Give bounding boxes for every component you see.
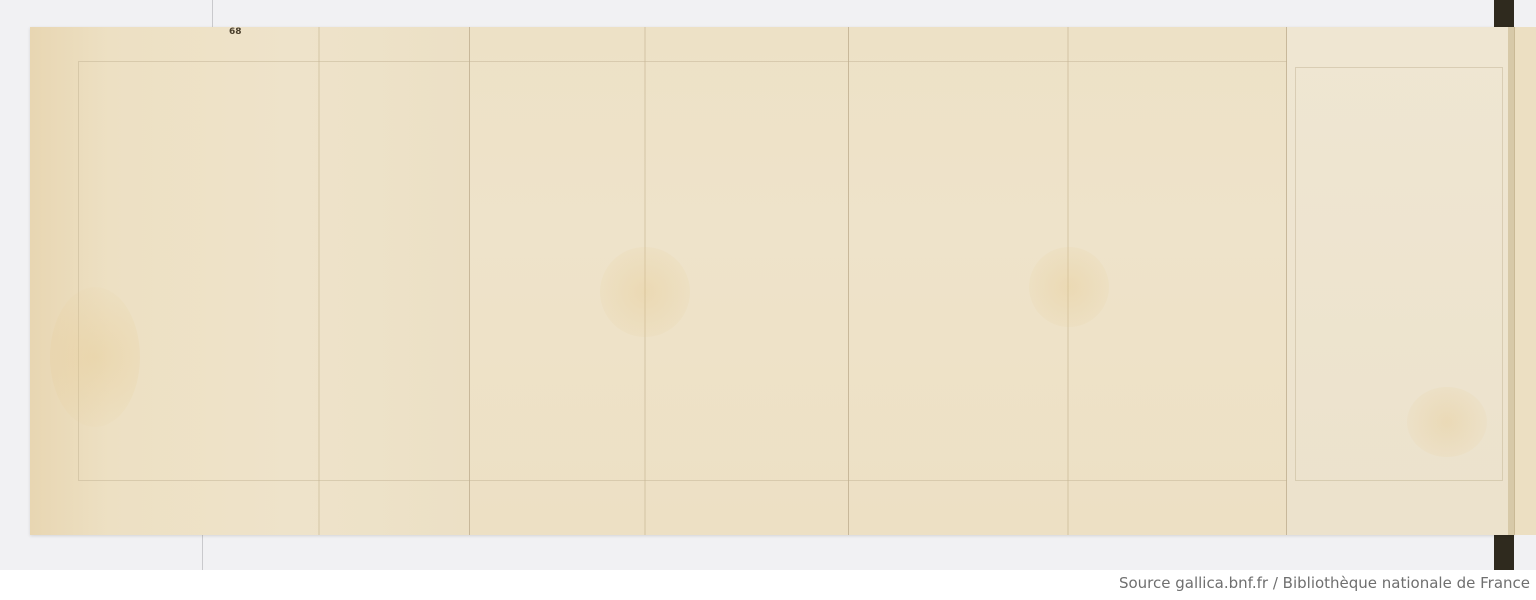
sheet-panel-4	[1287, 27, 1514, 535]
sheet-panel-2	[470, 27, 849, 535]
paper-stain	[1407, 387, 1487, 457]
ink-mark: 68	[229, 28, 243, 36]
sheet-panel-1	[30, 27, 470, 535]
plate-mark	[78, 61, 472, 481]
paper-stain	[1029, 247, 1109, 327]
folded-sheet	[30, 27, 1514, 535]
scan-guide-line	[202, 535, 203, 570]
scan-guide-line	[212, 0, 213, 28]
source-credit: Source gallica.bnf.fr / Bibliothèque nat…	[1119, 574, 1530, 592]
paper-stain	[50, 287, 140, 427]
paper-stain	[600, 247, 690, 337]
next-sheet-edge	[1514, 27, 1536, 535]
fold-line	[318, 27, 320, 535]
binding-strip-bottom	[1494, 535, 1514, 570]
sheet-panel-3	[849, 27, 1287, 535]
binding-strip-top	[1494, 0, 1514, 28]
